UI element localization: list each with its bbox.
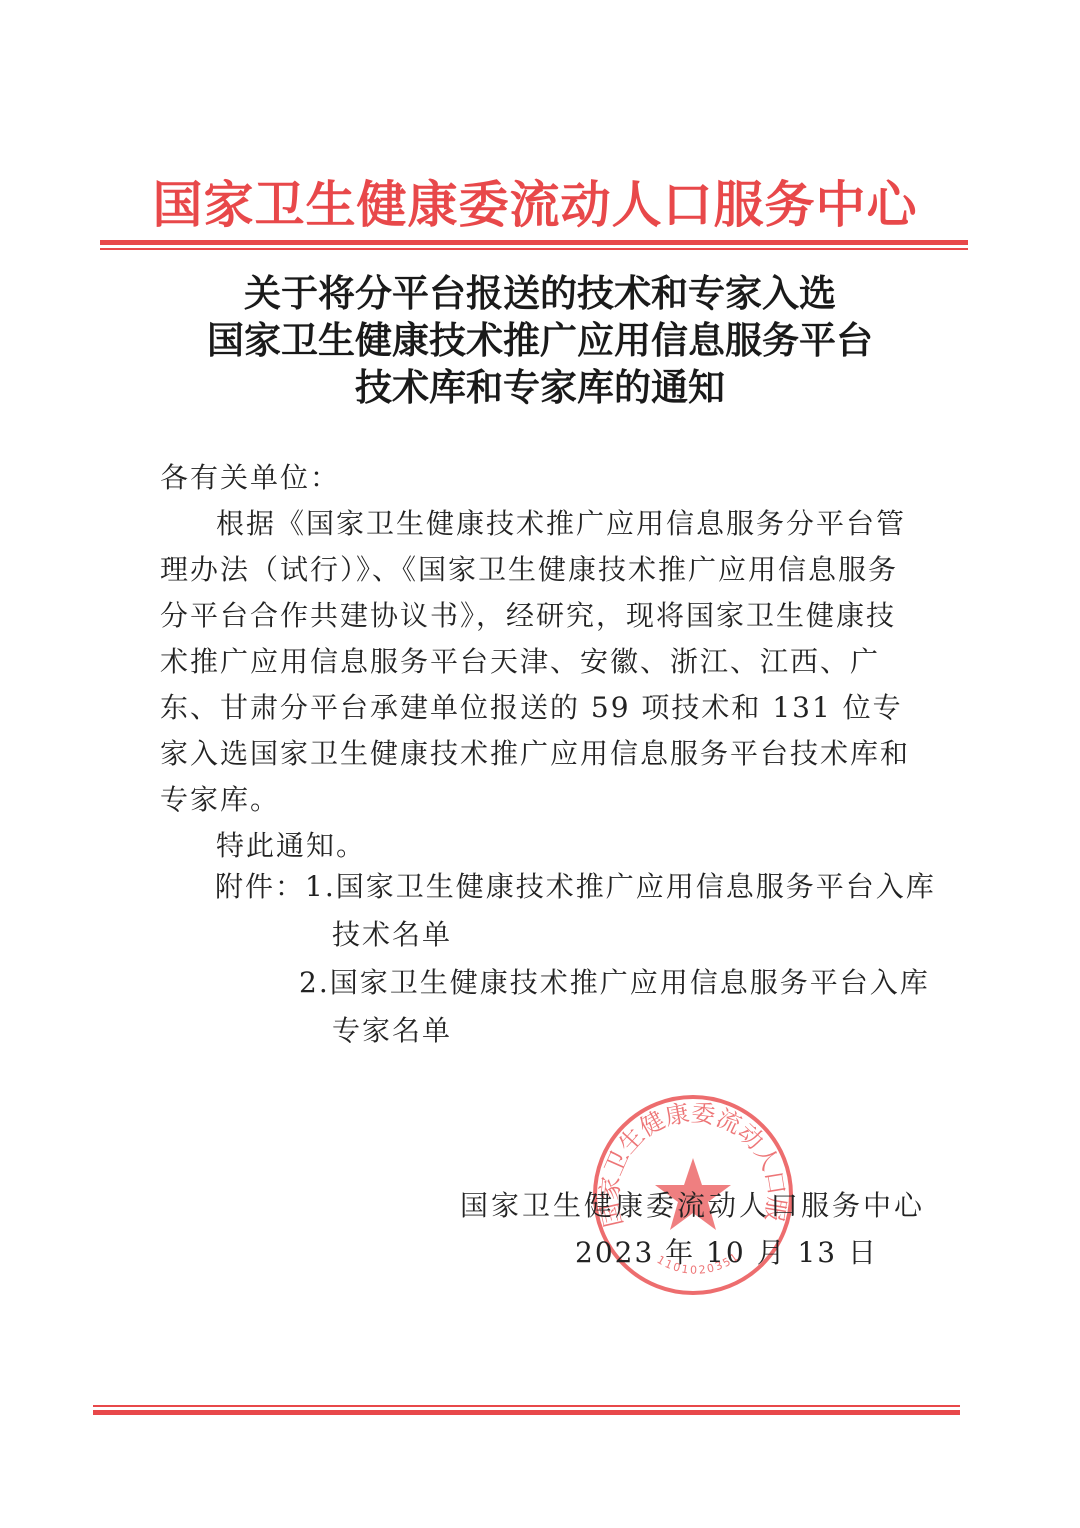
document-body: 各有关单位： 根据《国家卫生健康技术推广应用信息服务分平台管理办法（试行）》、《…	[160, 455, 920, 869]
title-line-2: 国家卫生健康技术推广应用信息服务平台	[100, 317, 980, 364]
salutation: 各有关单位：	[160, 455, 920, 501]
masthead-org-name: 国家卫生健康委流动人口服务中心	[100, 170, 970, 240]
attachment-item-2: 2.国家卫生健康技术推广应用信息服务平台入库	[215, 959, 936, 1007]
document-title: 关于将分平台报送的技术和专家入选 国家卫生健康技术推广应用信息服务平台 技术库和…	[100, 270, 980, 411]
title-line-1: 关于将分平台报送的技术和专家入选	[100, 270, 980, 317]
title-line-3: 技术库和专家库的通知	[100, 364, 980, 411]
attachment-title: 国家卫生健康技术推广应用信息服务平台入库	[336, 870, 936, 903]
attachment-number: 2.	[299, 966, 330, 999]
attachment-item-1: 附件：1.国家卫生健康技术推广应用信息服务平台入库	[215, 863, 936, 911]
masthead-rule-thin	[100, 248, 968, 250]
footer-rule-thin	[93, 1405, 960, 1407]
body-paragraph: 根据《国家卫生健康技术推广应用信息服务分平台管理办法（试行）》、《国家卫生健康技…	[160, 501, 920, 823]
attachment-number: 1.	[305, 870, 336, 903]
signature-org: 国家卫生健康委流动人口服务中心	[460, 1183, 925, 1229]
masthead-rule-thick	[100, 240, 968, 245]
attachment-title: 国家卫生健康技术推广应用信息服务平台入库	[330, 966, 930, 999]
attachments-label: 附件：	[215, 870, 305, 903]
signature-date: 2023 年 10 月 13 日	[575, 1230, 878, 1276]
attachments-section: 附件：1.国家卫生健康技术推广应用信息服务平台入库 技术名单 2.国家卫生健康技…	[215, 863, 936, 1055]
attachment-item-2-continued: 专家名单	[215, 1007, 936, 1055]
attachment-item-1-continued: 技术名单	[215, 911, 936, 959]
footer-rule-thick	[93, 1410, 960, 1415]
